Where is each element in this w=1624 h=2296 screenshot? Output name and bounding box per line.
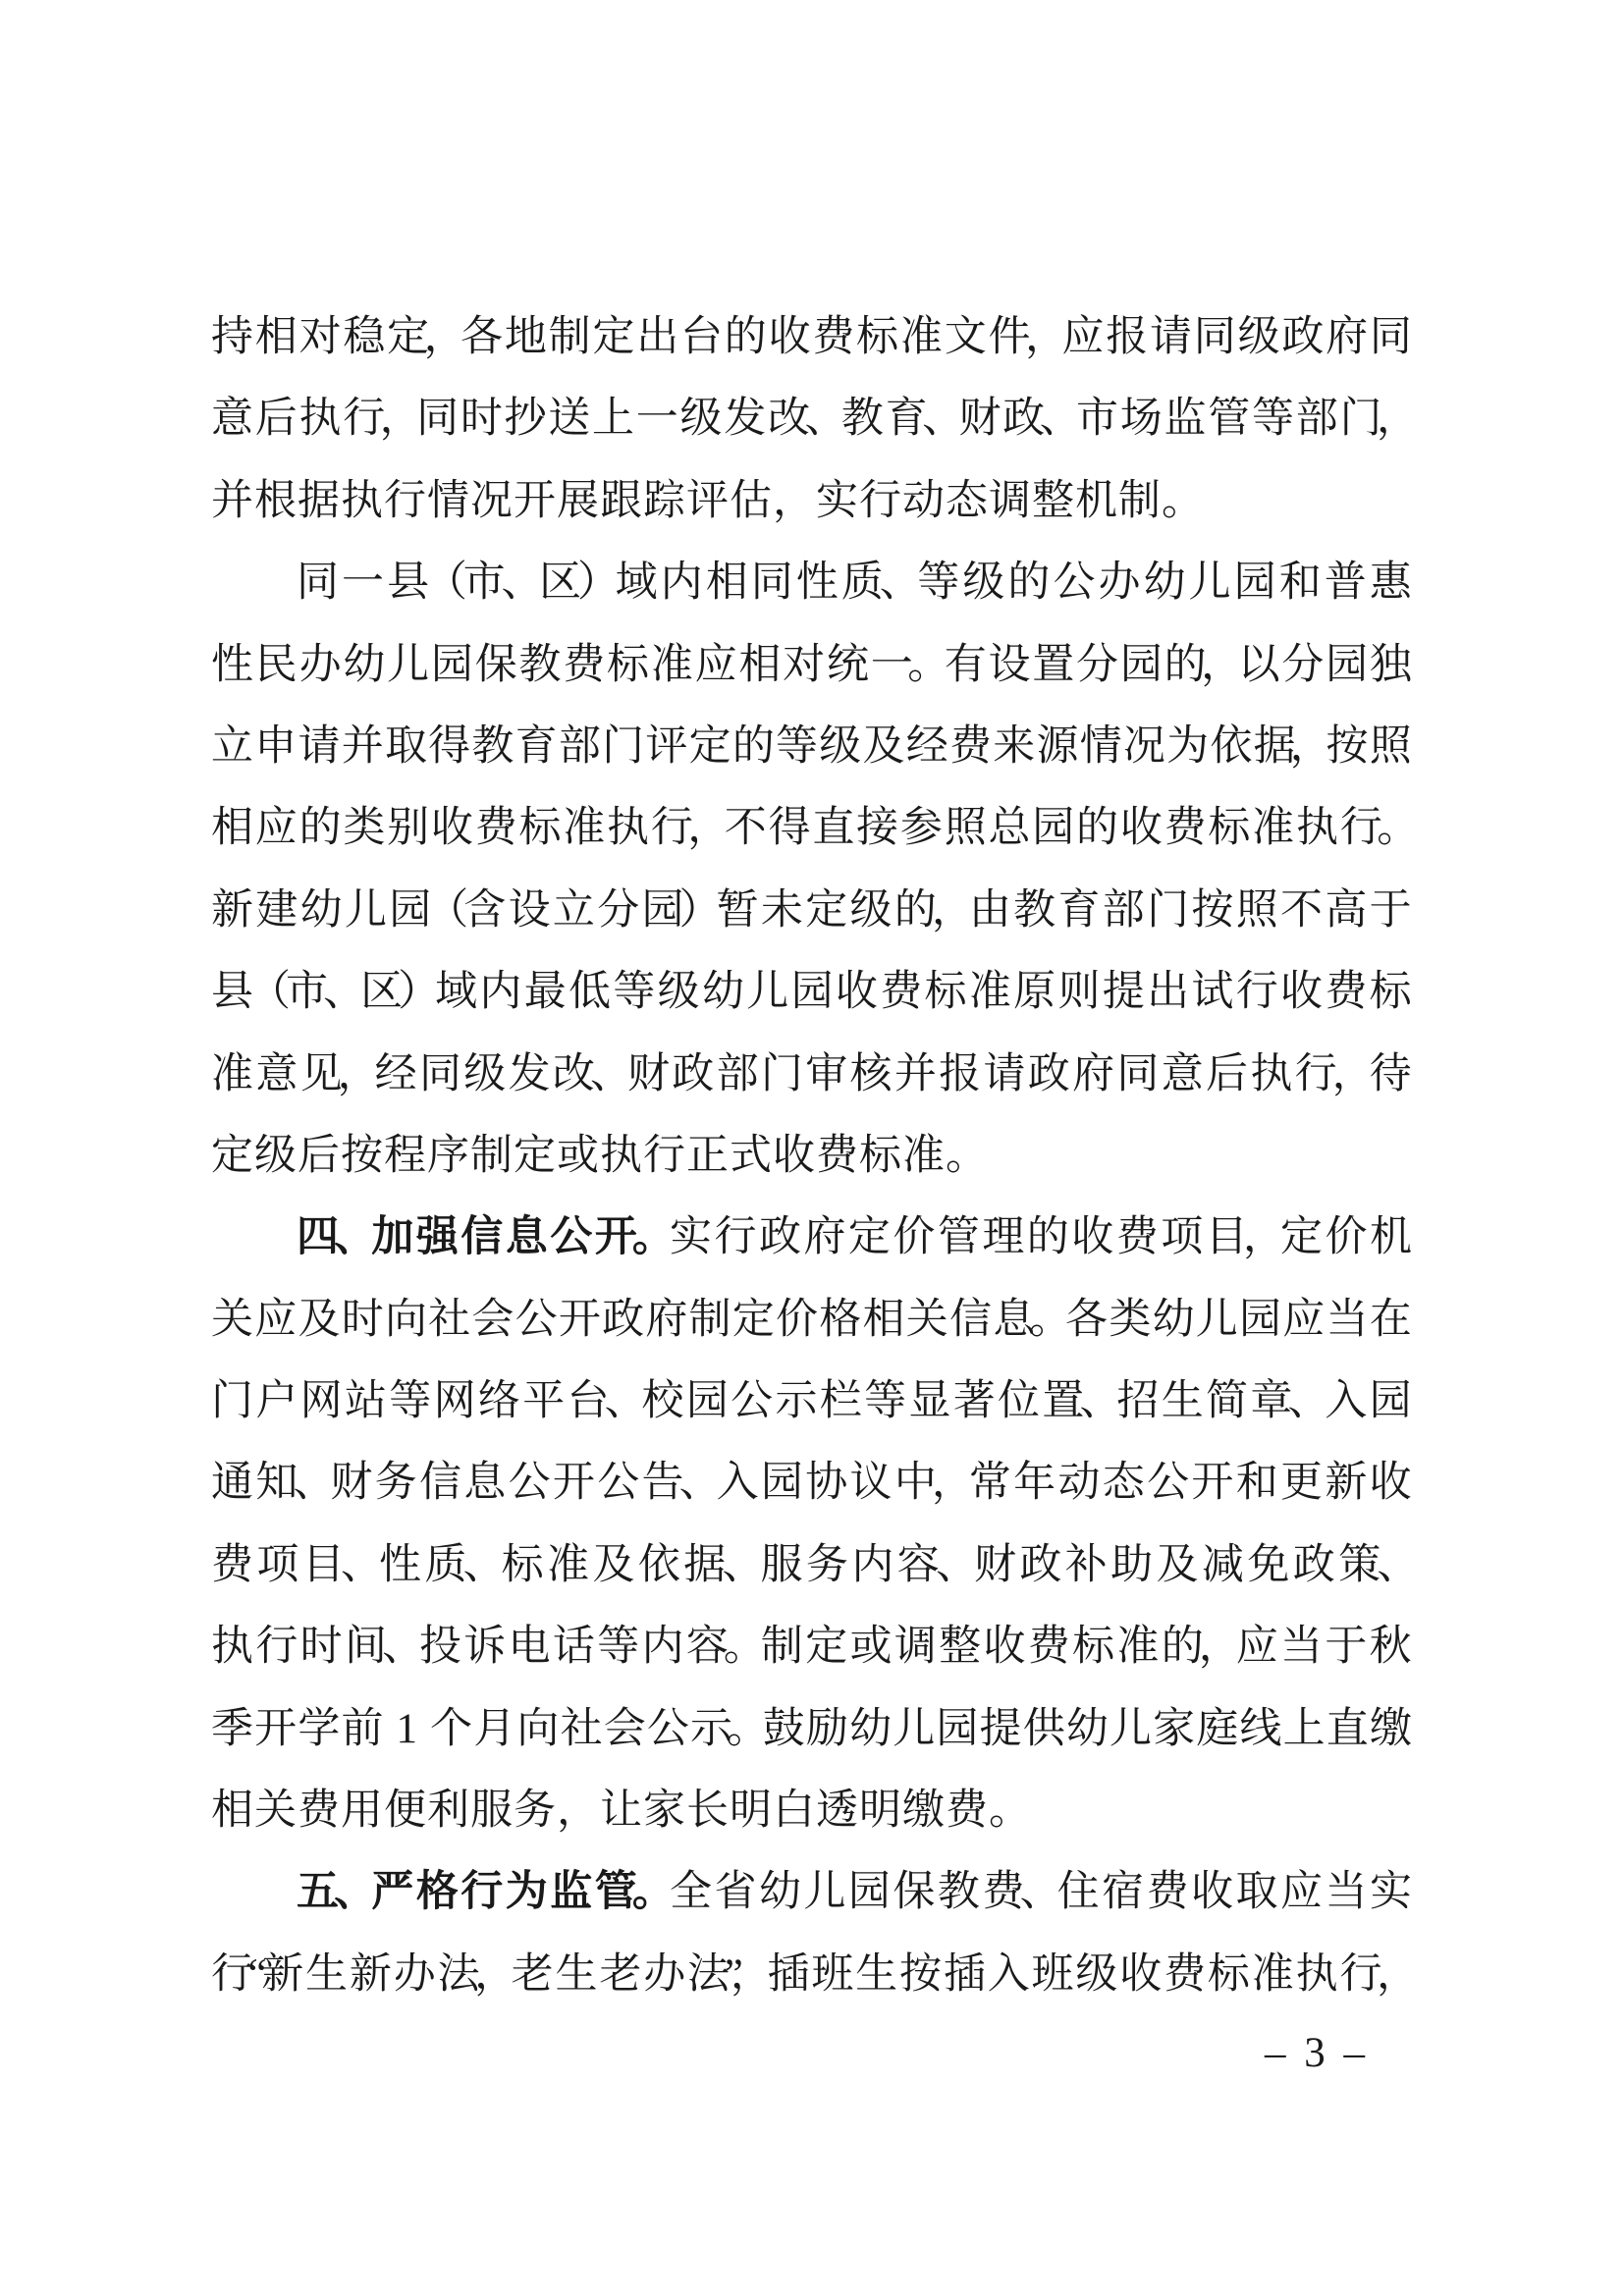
text-line: 并根据执行情况开展跟踪评估，实行动态调整机制。 [211,460,1412,542]
body-char: 、 [341,1524,383,1606]
body-char: 入 [988,1934,1030,2015]
body-char: 政 [1293,1524,1335,1606]
body-char: 幼 [300,870,343,951]
body-char: 统 [827,624,869,706]
text-line: 季开学前 1 个月向社会公示。鼓励幼儿园提供幼儿家庭线上直缴 [211,1688,1412,1770]
body-char: 执 [607,787,649,869]
body-char: 和 [1236,1442,1278,1523]
body-char: 法 [438,1934,480,2015]
section-heading-char: 五 [297,1851,339,1933]
body-char: 、 [1287,1361,1329,1442]
body-char: 标 [1208,787,1250,869]
body-char: 常 [969,1442,1011,1523]
body-char: 分 [1281,624,1324,706]
body-char: 各 [1065,1279,1108,1361]
body-char: 依 [638,1524,680,1606]
body-char: 标 [925,951,967,1033]
body-char: 行 [1339,1934,1381,2015]
text-line: 县（市、区）域内最低等级幼儿园收费标准原则提出试行收费标 [211,951,1412,1033]
body-char: 类 [1109,1279,1151,1361]
body-char: 幼 [759,1851,801,1933]
body-char: 同 [1194,296,1236,378]
body-char: 收 [1119,1934,1162,2015]
body-char: 幼 [702,951,744,1033]
body-char: 分 [597,870,639,951]
body-char: 惠 [1370,542,1412,623]
body-char: 应 [254,1279,297,1361]
body-char: 以 [1238,624,1280,706]
body-char: 取 [1236,1851,1278,1933]
body-char: 生 [855,1934,897,2015]
section-heading-char: 息 [506,1197,548,1278]
body-char: 家 [1153,1688,1195,1770]
text-line: 准意见，经同级发改、财政部门审核并报请政府同意后执行，待 [211,1034,1412,1115]
body-char: 相 [255,296,298,378]
body-char: 收 [1370,1442,1412,1523]
body-char: 项 [1161,1197,1203,1278]
body-char: 全 [670,1851,712,1933]
document-body: 持相对稳定，各地制定出台的收费标准文件，应报请同级政府同意后执行，同时抄送上一级… [211,296,1412,2015]
body-char: 依 [1210,706,1252,787]
body-char: 免 [1247,1524,1289,1606]
body-char: 供 [1023,1688,1065,1770]
body-char: ， [932,1442,974,1523]
body-char: 部 [1103,870,1145,951]
body-char: 园 [431,624,473,706]
body-char: 简 [1206,1361,1248,1442]
body-char: 总 [988,787,1030,869]
body-char: 协 [805,1442,847,1523]
body-char: 费 [1147,1851,1189,1933]
body-char: 、 [722,1524,764,1606]
body-char: 园 [1326,624,1368,706]
body-char: 园 [1032,787,1074,869]
body-char: 意 [211,378,253,459]
body-char: 财 [974,1524,1016,1606]
body-char: 意 [1162,1034,1204,1115]
body-char: 行 [255,1606,298,1687]
body-char: 民 [255,624,298,706]
body-char: 门 [211,1361,253,1442]
body-char: 儿 [345,870,387,951]
body-char: 不 [725,787,767,869]
text-line: 执行时间、投诉电话等内容。制定或调整收费标准的，应当于秋 [211,1606,1412,1687]
body-char: 提 [1103,951,1145,1033]
body-char: 置 [1042,1361,1084,1442]
body-char: 内 [851,1524,893,1606]
body-char: 的 [299,787,342,869]
body-char: 保 [475,624,517,706]
body-char: 收 [1191,1851,1233,1933]
body-char: 服 [761,1524,803,1606]
body-char: 行 [1295,1034,1337,1115]
body-char: 定 [848,1197,891,1278]
body-char: 请 [1150,296,1192,378]
body-char: 生 [1162,1361,1204,1442]
body-char: 类 [343,787,385,869]
body-char: 抄 [505,378,547,459]
body-char: 请 [983,1034,1025,1115]
body-char: 低 [568,951,611,1033]
text-line: 意后执行，同时抄送上一级发改、教育、财政、市场监管等部门， [211,378,1412,459]
body-char: 应 [1236,1606,1278,1687]
body-char: 儿 [1110,1688,1152,1770]
body-char: 财 [330,1442,372,1523]
body-char: 插 [767,1934,809,2015]
body-char: 县 [211,951,253,1033]
body-char: 社 [561,1688,603,1770]
body-char: 准 [563,787,605,869]
body-char: 别 [387,787,429,869]
body-char: 容 [897,1524,940,1606]
body-char: ， [1243,1197,1285,1278]
body-char: 当 [1326,1279,1369,1361]
body-char: 一 [342,542,384,623]
body-char: 庭 [1196,1688,1238,1770]
body-char: 经 [375,1034,417,1115]
body-char: 费 [880,951,922,1033]
body-char: 价 [1325,1197,1367,1278]
body-char: 提 [980,1688,1022,1770]
body-char: 、 [1079,1361,1121,1442]
body-char: 府 [803,1197,845,1278]
section-heading-char: 严 [371,1851,413,1933]
body-char: 直 [812,787,854,869]
body-char: 收 [836,951,878,1033]
body-char: 会 [471,1279,514,1361]
body-char: 应 [1282,1279,1325,1361]
body-char: 的 [894,870,937,951]
body-char: 级 [850,870,893,951]
body-char: 台 [568,1361,610,1442]
body-char: 新 [261,1934,303,2015]
body-char: 行 [211,1934,253,2015]
body-char: 及 [298,1279,340,1361]
body-char: 部 [559,706,601,787]
body-char: 相 [738,624,781,706]
body-char: 保 [893,1851,935,1933]
body-char: 发 [509,1034,551,1115]
body-char: 公 [1147,1442,1189,1523]
body-char: 公 [515,1279,558,1361]
body-char: ， [1332,1034,1375,1115]
body-char: 、 [880,542,922,623]
section-heading-char: 、 [334,1851,376,1933]
body-char: 执 [1296,787,1338,869]
body-char: 育 [515,706,558,787]
section-heading-char: 、 [334,1197,376,1278]
body-char: 开 [559,1279,601,1361]
body-char [385,1688,396,1770]
body-char: 准 [969,951,1011,1033]
body-char: 设 [509,870,551,951]
section-heading-char: 强 [416,1197,459,1278]
text-line: 同一县（市、区）域内相同性质、等级的公办幼儿园和普惠 [211,542,1412,623]
body-char: 等 [917,542,959,623]
body-char: 定 [592,296,634,378]
body-char: 或 [850,1606,893,1687]
body-char: 高 [1325,870,1367,951]
body-char: 园 [686,1361,729,1442]
body-char: ） [679,870,722,951]
body-char: 站 [345,1361,387,1442]
body-char: 建 [255,870,298,951]
body-char: 园 [936,1688,978,1770]
page-number: – 3 – [1265,2029,1369,2078]
body-char: 幼 [343,624,385,706]
body-char: 市 [463,542,506,623]
body-char: 标 [1072,1606,1114,1687]
body-text: 定级后按程序制定或执行正式收费标准。 [211,1133,989,1179]
body-char: ， [474,1934,516,2015]
text-line: 行“新生新办法，老生老办法”，插班生按插入班级收费标准执行， [211,1934,1412,2015]
body-char: ， [1199,1606,1241,1687]
body-char: 府 [1326,296,1368,378]
body-char: 目 [302,1524,345,1606]
body-char: 府 [645,1279,687,1361]
body-char: 电 [509,1606,551,1687]
body-char: 暂 [717,870,759,951]
body-char: 务 [806,1524,848,1606]
body-char: 费 [1325,951,1367,1033]
body-char: 同 [751,542,793,623]
body-char: 缴 [1370,1688,1412,1770]
body-char [418,1688,429,1770]
body-char: 门 [761,1034,803,1115]
body-char: 后 [1206,1034,1248,1115]
body-char: （ [426,870,468,951]
body-char: 行 [1236,951,1278,1033]
body-char: 著 [953,1361,996,1442]
body-char: 告 [642,1442,684,1523]
body-char: 公 [731,1361,773,1442]
body-char: 市 [286,951,328,1033]
body-char: 取 [385,706,427,787]
body-char: 收 [1120,787,1163,869]
body-char: 标 [518,787,561,869]
body-char: 级 [463,1034,506,1115]
body-char: 对 [299,296,342,378]
section-heading-char: 管 [595,1851,637,1933]
body-char: 最 [524,951,567,1033]
body-char: 幼 [1066,1688,1109,1770]
section-heading-char: 信 [460,1197,503,1278]
text-line: 关应及时向社会公开政府制定价格相关信息。各类幼儿园应当在 [211,1279,1412,1361]
body-char: 待 [1370,1034,1412,1115]
body-char: 上 [1283,1688,1326,1770]
body-char: ， [932,870,974,951]
text-line: 门户网站等网络平台、校园公示栏等显著位置、招生简章、入园 [211,1361,1412,1442]
body-char: 、 [501,542,543,623]
body-char: 价 [776,1279,818,1361]
body-char: 区 [360,951,403,1033]
body-char: 费 [1116,1197,1159,1278]
body-char: 政 [759,1197,801,1278]
body-char: 校 [642,1361,684,1442]
body-char: 财 [958,378,1001,459]
body-char: 办 [394,1934,436,2015]
body-char: 、 [679,1442,722,1523]
body-char: 为 [1166,706,1209,787]
body-char: 准 [1252,787,1294,869]
body-char: 部 [717,1034,759,1115]
body-char: 门 [602,706,644,787]
body-char: 儿 [387,624,429,706]
body-char: 部 [1296,378,1338,459]
body-char: 及 [1157,1524,1199,1606]
body-char: 评 [645,706,687,787]
body-char: 生 [305,1934,348,2015]
body-char: 标 [502,1524,544,1606]
body-char: 来 [993,706,1035,787]
body-char: 。 [1377,787,1419,869]
body-char: 政 [602,1279,644,1361]
body-char: 出 [636,296,678,378]
body-char: 内 [642,1606,684,1687]
text-line: 持相对稳定，各地制定出台的收费标准文件，应报请同级政府同 [211,296,1412,378]
section-heading-char: 公 [550,1197,592,1278]
body-char: 章 [1250,1361,1292,1442]
section-heading-char: 加 [371,1197,413,1278]
body-char: 费 [812,296,854,378]
body-char: 省 [715,1851,757,1933]
body-char: 、 [463,1524,506,1606]
text-line: 性民办幼儿园保教费标准应相对统一。有设置分园的，以分园独 [211,624,1412,706]
body-char: 审 [805,1034,847,1115]
body-char: 级 [658,951,700,1033]
body-char: 质 [841,542,884,623]
body-char: 开 [1191,1442,1233,1523]
text-line: 费项目、性质、标准及依据、服务内容、财政补助及减免政策、 [211,1524,1412,1606]
body-char: 内 [479,951,521,1033]
body-char: 发 [724,378,766,459]
body-char: 秋 [1370,1606,1412,1687]
body-char: 稳 [343,296,385,378]
body-char: 、 [293,1442,335,1523]
body-char: 则 [1057,951,1100,1033]
body-char: 网 [434,1361,476,1442]
body-char: 市 [1076,378,1118,459]
body-char: 当 [1280,1606,1323,1687]
body-char: 老 [599,1934,641,2015]
body-char: 关 [211,1279,253,1361]
body-char: 话 [553,1606,595,1687]
body-char: 知 [255,1442,298,1523]
body-char: 生 [556,1934,598,2015]
body-char: 域 [435,951,477,1033]
body-char: 准 [651,624,693,706]
body-char: 同 [1116,1034,1159,1115]
body-char: 政 [1281,296,1324,378]
body-char: 社 [428,1279,470,1361]
body-char: 教 [471,706,514,787]
body-char: 域 [616,542,658,623]
body-char: 定 [805,1606,847,1687]
body-char: 时 [342,1279,384,1361]
body-char: 按 [1191,870,1233,951]
body-char: 改 [553,1034,595,1115]
body-char: 执 [211,1606,253,1687]
body-char: 季 [211,1688,253,1770]
body-char: 园 [1370,1361,1412,1442]
body-text: 相关费用便利服务，让家长明白透明缴费。 [211,1788,1032,1834]
body-char: ， [338,1034,380,1115]
body-char: 入 [1325,1361,1367,1442]
body-char: 定 [805,870,847,951]
body-char: 新 [1325,1442,1367,1523]
body-char: 送 [548,378,590,459]
body-char: 政 [672,1034,714,1115]
body-char: 的 [1076,787,1118,869]
body-char: 励 [806,1688,848,1770]
body-char: 后 [255,378,298,459]
body-char: 等 [597,1606,639,1687]
body-char: 接 [856,787,898,869]
body-char: 网 [300,1361,343,1442]
body-char: 开 [553,1442,595,1523]
body-char: 执 [1250,1034,1292,1115]
body-text: 并根据执行情况开展跟踪评估，实行动态调整机制。 [211,478,1205,524]
body-char: 儿 [893,1688,935,1770]
body-char: 园 [848,1851,891,1933]
body-char: 执 [298,378,341,459]
body-char: 级 [819,706,861,787]
body-char: 中 [894,1442,937,1523]
body-char: 诉 [463,1606,506,1687]
body-char: 理 [982,1197,1024,1278]
body-char: 制 [549,296,591,378]
body-char: 息 [463,1442,506,1523]
body-char: 儿 [803,1851,845,1933]
body-char: 不 [1280,870,1323,951]
body-char: 信 [419,1442,461,1523]
body-char: 减 [1202,1524,1244,1606]
body-char: 的 [1027,1197,1069,1278]
section-heading-char: 。 [632,1197,675,1278]
body-char: 儿 [746,951,788,1033]
body-char: 费 [1028,1606,1070,1687]
body-char: 、 [605,1361,647,1442]
body-char: 请 [298,706,340,787]
body-char: 园 [791,951,834,1033]
body-char: 同 [297,542,339,623]
body-char: 定 [732,1279,775,1361]
body-char: 时 [460,378,503,459]
body-char: 班 [811,1934,853,2015]
body-char: 相 [706,542,748,623]
body-char: 示 [775,1361,817,1442]
body-char: 老 [512,1934,554,2015]
body-char: 通 [211,1442,253,1523]
body-char: 学 [298,1688,340,1770]
body-char: 报 [939,1034,981,1115]
body-char: 信 [949,1279,992,1361]
body-char: 直 [1326,1688,1369,1770]
text-line: 立申请并取得教育部门评定的等级及经费来源情况为依据，按照 [211,706,1412,787]
body-char: 公 [647,1688,689,1770]
body-char: 线 [1239,1688,1281,1770]
body-char: 况 [1123,706,1165,787]
body-char: 同 [419,1034,461,1115]
body-char: 收 [431,787,473,869]
body-char: ） [577,542,620,623]
body-char: 户 [255,1361,298,1442]
body-char: 前 [341,1688,383,1770]
body-char: 位 [998,1361,1040,1442]
body-char: 参 [900,787,943,869]
body-char: 班 [1032,1934,1074,2015]
body-char: 费 [1164,1934,1206,2015]
